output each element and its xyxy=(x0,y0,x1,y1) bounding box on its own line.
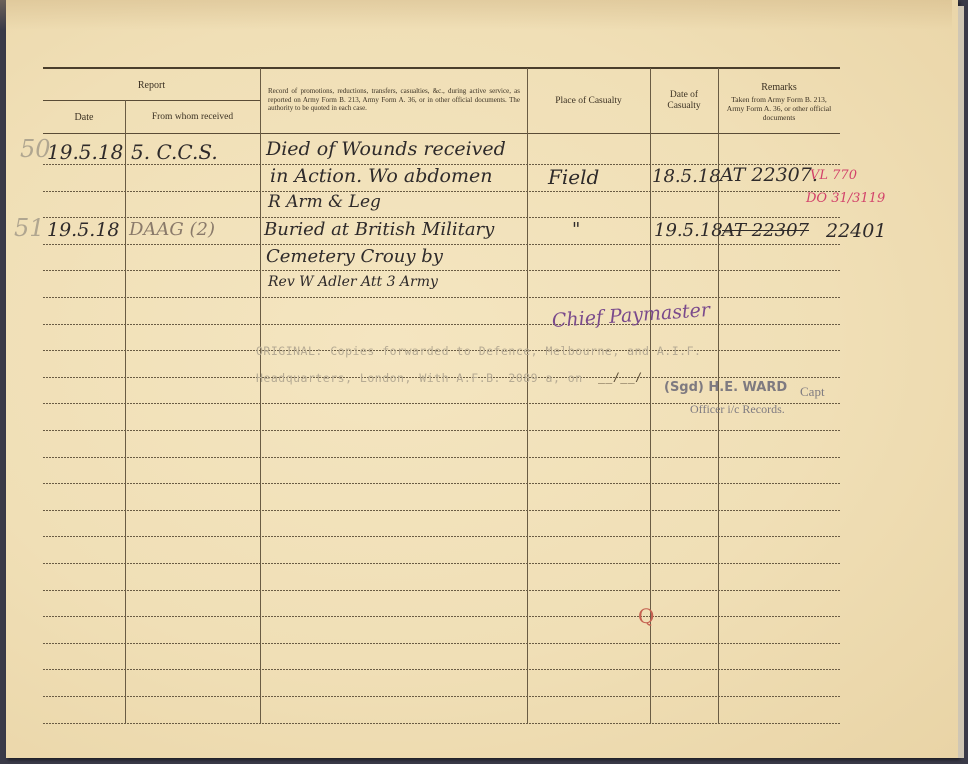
header-place-of-casualty: Place of Casualty xyxy=(527,70,650,132)
red-annotation: VL 770 xyxy=(810,168,857,183)
entry-remarks: AT 22307. xyxy=(720,164,818,186)
row-rule xyxy=(43,457,840,458)
typed-note-line: ORIGINAL: Copies forwarded to Defence, M… xyxy=(256,344,701,358)
margin-number: 50 xyxy=(20,135,51,163)
officer-stamp-name: (Sgd) H.E. WARD xyxy=(664,380,787,395)
page-edge xyxy=(958,6,964,758)
top-rule xyxy=(43,67,840,69)
row-rule xyxy=(43,696,840,697)
header-from-whom: From whom received xyxy=(125,103,260,131)
row-rule xyxy=(43,191,840,192)
entry-remarks: 22401 xyxy=(826,220,886,242)
paper-stain xyxy=(0,0,952,30)
entry-date: 19.5.18 xyxy=(47,140,123,164)
header-report-divider xyxy=(43,100,260,101)
typed-note-line: Headquarters, London, With A.F.B. 2089 a… xyxy=(256,371,583,385)
entry-record-line: in Action. Wo abdomen xyxy=(270,165,493,187)
header-report: Report xyxy=(43,72,260,98)
header-record: Record of promotions, reductions, transf… xyxy=(268,78,520,122)
typed-note-date-blank: __/__/ xyxy=(598,370,643,384)
column-divider-from xyxy=(260,68,261,724)
entry-date: 19.5.18 xyxy=(47,219,120,241)
entry-place: Field xyxy=(548,165,599,189)
row-rule xyxy=(43,483,840,484)
row-rule xyxy=(43,536,840,537)
column-divider-date xyxy=(125,100,126,724)
row-rule xyxy=(43,510,840,511)
row-rule xyxy=(43,616,840,617)
officer-stamp-title: Officer i/c Records. xyxy=(690,402,785,417)
margin-number: 51 xyxy=(14,214,45,242)
entry-remarks-struck: AT 22307 xyxy=(722,220,809,241)
red-annotation: DO 31/3119 xyxy=(806,191,885,206)
row-rule xyxy=(43,244,840,245)
row-rule xyxy=(43,723,840,724)
header-date: Date xyxy=(43,103,125,131)
row-rule xyxy=(43,217,840,218)
row-rule xyxy=(43,643,840,644)
row-rule xyxy=(43,430,840,431)
row-rule xyxy=(43,590,840,591)
row-rule xyxy=(43,563,840,564)
header-date-of-casualty: Date of Casualty xyxy=(650,70,718,132)
header-remarks-sub: Taken from Army Form B. 213, Army Form A… xyxy=(722,92,836,124)
entry-date-of-casualty: 19.5.18 xyxy=(654,220,723,241)
entry-record-line: R Arm & Leg xyxy=(268,192,381,212)
column-divider-record xyxy=(527,68,528,724)
entry-record-line: Rev W Adler Att 3 Army xyxy=(268,274,438,290)
entry-from: DAAG (2) xyxy=(129,219,215,240)
row-rule xyxy=(43,669,840,670)
row-rule xyxy=(43,297,840,298)
row-rule xyxy=(43,270,840,271)
row-rule xyxy=(43,324,840,325)
officer-stamp-rank: Capt xyxy=(800,384,825,400)
entry-record-line: Buried at British Military xyxy=(264,219,494,240)
entry-place: " xyxy=(572,219,580,240)
entry-record-line: Died of Wounds received xyxy=(266,138,506,160)
entry-from: 5. C.C.S. xyxy=(131,140,218,164)
pencil-mark: Q xyxy=(638,604,654,628)
entry-date-of-casualty: 18.5.18 xyxy=(652,166,721,187)
header-bottom-rule xyxy=(43,133,840,134)
entry-record-line: Cemetery Crouy by xyxy=(266,246,443,267)
